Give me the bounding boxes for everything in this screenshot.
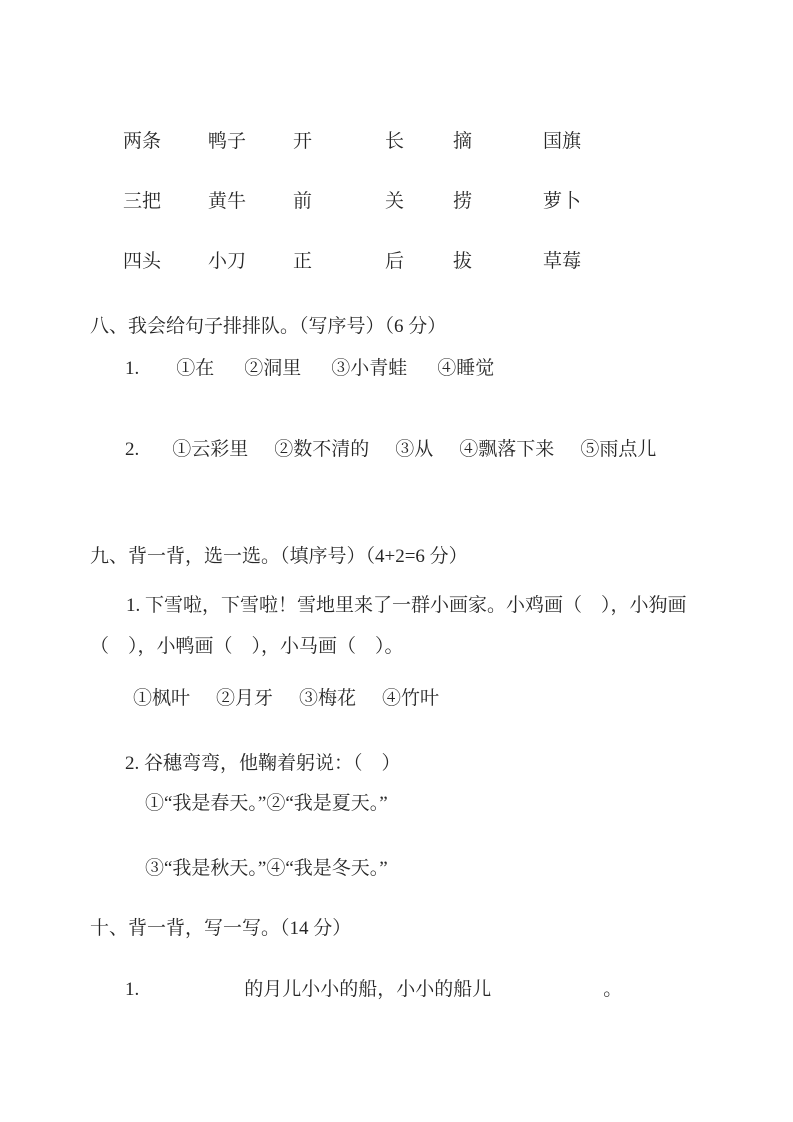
word-cell: 鸭子: [208, 126, 293, 153]
option: ②洞里: [244, 356, 301, 382]
section-10-item-1: 1. 的月儿小小的船，小小的船儿 。: [125, 977, 622, 1003]
item-number: 2.: [125, 437, 139, 463]
option: ⑤雨点儿: [580, 437, 656, 463]
sentence-period: 。: [603, 977, 622, 1003]
word-cell: 前: [293, 186, 385, 213]
section-8-item-1: 1. ①在 ②洞里 ③小青蛙 ④睡觉: [125, 356, 494, 382]
word-cell: 国旗: [543, 126, 581, 153]
sentence-fragment: 的月儿小小的船，小小的船儿: [244, 977, 491, 1003]
option: ②数不清的: [274, 437, 369, 463]
word-cell: 草莓: [543, 246, 581, 273]
word-cell: 两条: [123, 126, 208, 153]
section-9-item-1-text: 1. 下雪啦，下雪啦！雪地里来了一群小画家。小鸡画（ ），小狗画（ ），小鸭画（…: [90, 585, 715, 667]
word-row-2: 三把 黄牛 前 关 捞 萝卜: [123, 186, 581, 213]
word-cell: 拔: [453, 246, 543, 273]
word-cell: 萝卜: [543, 186, 581, 213]
word-cell: 关: [385, 186, 453, 213]
section-9-item-1-options: ①枫叶 ②月牙 ③梅花 ④竹叶: [133, 686, 439, 712]
option: ①枫叶: [133, 686, 190, 712]
option: ④睡觉: [437, 356, 494, 382]
option: ②月牙: [216, 686, 273, 712]
item-number: 1.: [125, 356, 139, 382]
section-9-item-2-options-line-2: ③“我是秋天。”④“我是冬天。”: [145, 856, 388, 882]
option: ④飘落下来: [459, 437, 554, 463]
section-8-item-2: 2. ①云彩里 ②数不清的 ③从 ④飘落下来 ⑤雨点儿: [125, 437, 656, 463]
word-cell: 开: [293, 126, 385, 153]
word-cell: 摘: [453, 126, 543, 153]
section-9-item-2-options-line-1: ①“我是春天。”②“我是夏天。”: [145, 791, 388, 817]
word-row-3: 四头 小刀 正 后 拔 草莓: [123, 246, 581, 273]
worksheet-page: 两条 鸭子 开 长 摘 国旗 三把 黄牛 前 关 捞 萝卜 四头 小刀 正 后 …: [0, 0, 793, 1122]
option: ①云彩里: [172, 437, 248, 463]
word-cell: 捞: [453, 186, 543, 213]
item-number: 1.: [125, 977, 139, 1003]
word-cell: 小刀: [208, 246, 293, 273]
word-cell: 后: [385, 246, 453, 273]
section-9-heading: 九、背一背，选一选。（填序号）（4+2=6 分）: [90, 544, 468, 570]
word-cell: 长: [385, 126, 453, 153]
section-8-heading: 八、我会给句子排排队。（写序号）（6 分）: [90, 314, 446, 340]
option: ③小青蛙: [331, 356, 407, 382]
word-cell: 黄牛: [208, 186, 293, 213]
option: ④竹叶: [382, 686, 439, 712]
word-row-1: 两条 鸭子 开 长 摘 国旗: [123, 126, 581, 153]
word-cell: 四头: [123, 246, 208, 273]
section-9-item-2-text: 2. 谷穗弯弯，他鞠着躬说：（ ）: [125, 751, 401, 777]
section-10-heading: 十、背一背，写一写。（14 分）: [90, 916, 351, 942]
word-cell: 正: [293, 246, 385, 273]
option: ③从: [395, 437, 433, 463]
option: ①在: [176, 356, 214, 382]
option: ③梅花: [299, 686, 356, 712]
word-cell: 三把: [123, 186, 208, 213]
